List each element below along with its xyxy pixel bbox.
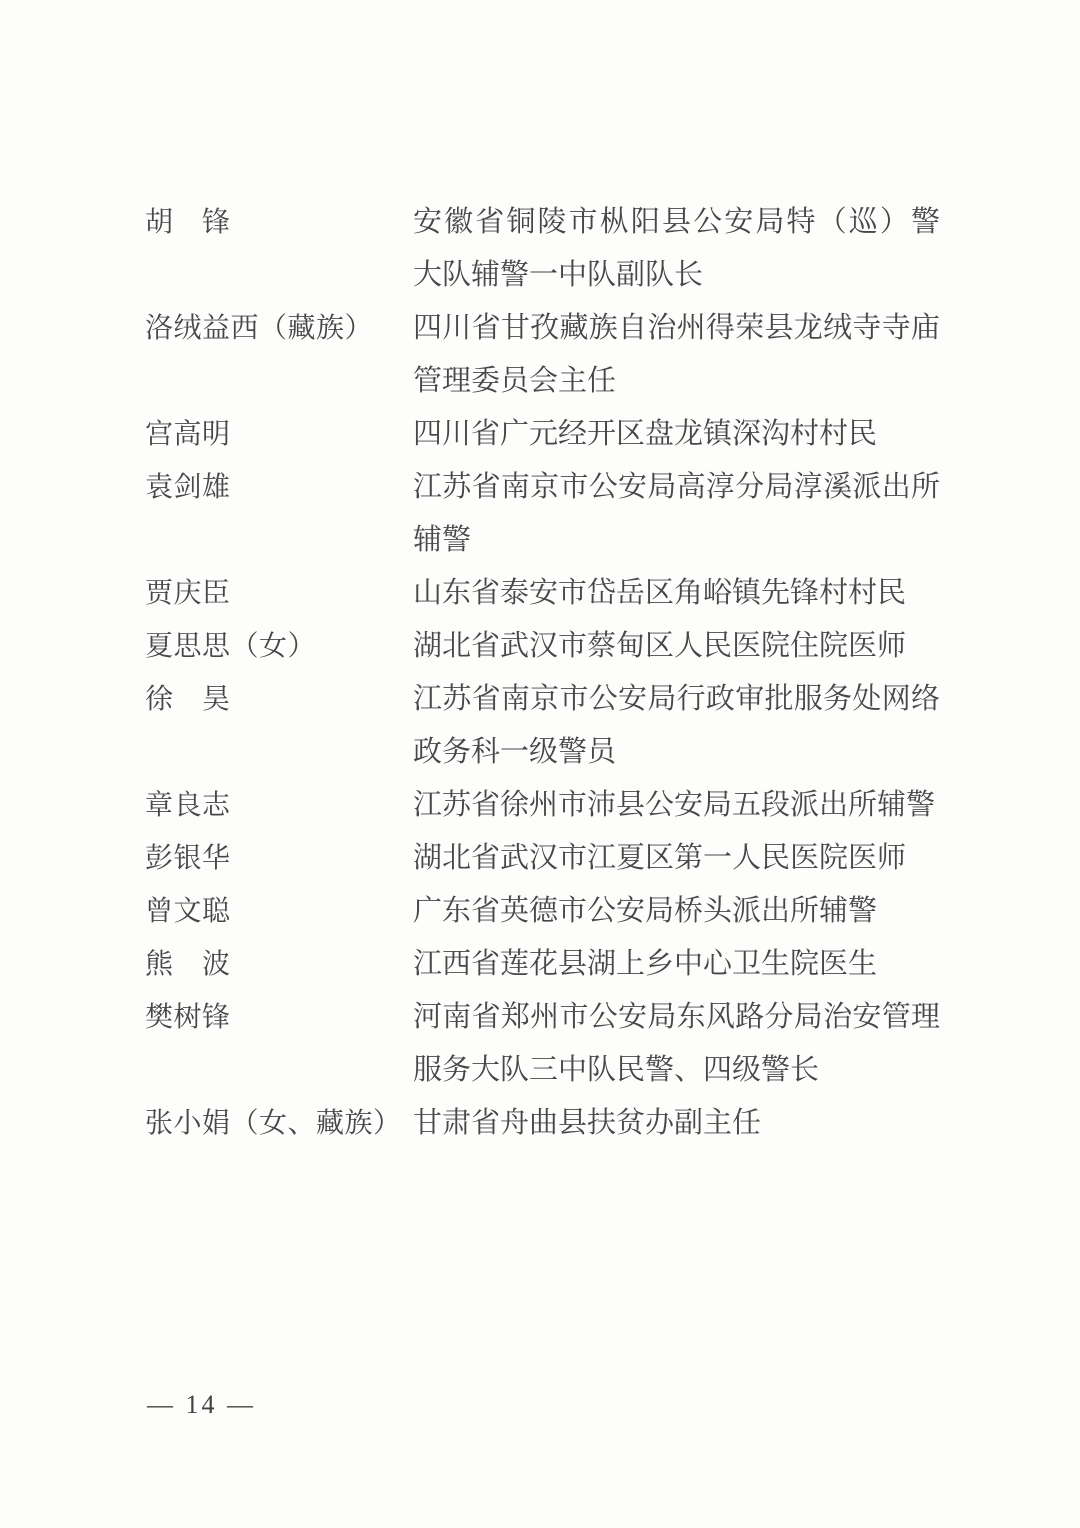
entry-title: 四川省甘孜藏族自治州得荣县龙绒寺寺庙 管理委员会主任 (413, 302, 940, 408)
roster-entry: 胡 锋 安徽省铜陵市枞阳县公安局特（巡）警 大队辅警一中队副队长 (145, 196, 940, 302)
roster-list: 胡 锋 安徽省铜陵市枞阳县公安局特（巡）警 大队辅警一中队副队长 洛绒益西（藏族… (145, 196, 940, 1150)
entry-title-line: 大队辅警一中队副队长 (413, 249, 940, 302)
entry-name: 曾文聪 (145, 885, 413, 938)
entry-name: 徐 昊 (145, 673, 413, 726)
roster-entry: 贾庆臣 山东省泰安市岱岳区角峪镇先锋村村民 (145, 567, 940, 620)
entry-title-line: 江苏省南京市公安局行政审批服务处网络 (413, 673, 940, 726)
entry-name: 章良志 (145, 779, 413, 832)
entry-name: 洛绒益西（藏族） (145, 302, 413, 355)
entry-name: 胡 锋 (145, 196, 413, 249)
document-page: 胡 锋 安徽省铜陵市枞阳县公安局特（巡）警 大队辅警一中队副队长 洛绒益西（藏族… (0, 0, 1080, 1528)
entry-title-line: 管理委员会主任 (413, 355, 940, 408)
entry-name: 贾庆臣 (145, 567, 413, 620)
roster-entry: 章良志 江苏省徐州市沛县公安局五段派出所辅警 (145, 779, 940, 832)
entry-title: 四川省广元经开区盘龙镇深沟村村民 (413, 408, 940, 461)
page-number: — 14 — (147, 1390, 256, 1419)
entry-title: 江苏省徐州市沛县公安局五段派出所辅警 (413, 779, 940, 832)
entry-title: 湖北省武汉市江夏区第一人民医院医师 (413, 832, 940, 885)
entry-title-line: 政务科一级警员 (413, 726, 940, 779)
roster-entry: 宫高明 四川省广元经开区盘龙镇深沟村村民 (145, 408, 940, 461)
roster-entry: 徐 昊 江苏省南京市公安局行政审批服务处网络 政务科一级警员 (145, 673, 940, 779)
entry-title: 广东省英德市公安局桥头派出所辅警 (413, 885, 940, 938)
entry-title-line: 江苏省徐州市沛县公安局五段派出所辅警 (413, 779, 940, 832)
entry-title: 湖北省武汉市蔡甸区人民医院住院医师 (413, 620, 940, 673)
entry-title-line: 湖北省武汉市蔡甸区人民医院住院医师 (413, 620, 940, 673)
entry-name: 张小娟（女、藏族） (145, 1097, 413, 1150)
roster-entry: 张小娟（女、藏族） 甘肃省舟曲县扶贫办副主任 (145, 1097, 940, 1150)
entry-title-line: 湖北省武汉市江夏区第一人民医院医师 (413, 832, 940, 885)
roster-entry: 曾文聪 广东省英德市公安局桥头派出所辅警 (145, 885, 940, 938)
roster-entry: 袁剑雄 江苏省南京市公安局高淳分局淳溪派出所 辅警 (145, 461, 940, 567)
entry-name: 袁剑雄 (145, 461, 413, 514)
entry-name: 彭银华 (145, 832, 413, 885)
entry-title-line: 辅警 (413, 514, 940, 567)
entry-title: 江西省莲花县湖上乡中心卫生院医生 (413, 938, 940, 991)
entry-name: 宫高明 (145, 408, 413, 461)
roster-entry: 彭银华 湖北省武汉市江夏区第一人民医院医师 (145, 832, 940, 885)
entry-title: 江苏省南京市公安局行政审批服务处网络 政务科一级警员 (413, 673, 940, 779)
entry-title-line: 四川省甘孜藏族自治州得荣县龙绒寺寺庙 (413, 302, 940, 355)
entry-title-line: 江西省莲花县湖上乡中心卫生院医生 (413, 938, 940, 991)
entry-title-line: 服务大队三中队民警、四级警长 (413, 1044, 940, 1097)
entry-title-line: 甘肃省舟曲县扶贫办副主任 (413, 1097, 940, 1150)
entry-title: 江苏省南京市公安局高淳分局淳溪派出所 辅警 (413, 461, 940, 567)
entry-title-line: 安徽省铜陵市枞阳县公安局特（巡）警 (413, 196, 940, 249)
entry-title: 山东省泰安市岱岳区角峪镇先锋村村民 (413, 567, 940, 620)
entry-name: 樊树锋 (145, 991, 413, 1044)
entry-title-line: 广东省英德市公安局桥头派出所辅警 (413, 885, 940, 938)
entry-title: 甘肃省舟曲县扶贫办副主任 (413, 1097, 940, 1150)
roster-entry: 樊树锋 河南省郑州市公安局东风路分局治安管理 服务大队三中队民警、四级警长 (145, 991, 940, 1097)
entry-title-line: 四川省广元经开区盘龙镇深沟村村民 (413, 408, 940, 461)
entry-title-line: 山东省泰安市岱岳区角峪镇先锋村村民 (413, 567, 940, 620)
entry-title-line: 河南省郑州市公安局东风路分局治安管理 (413, 991, 940, 1044)
page-footer: — 14 — (147, 1390, 256, 1420)
entry-title-line: 江苏省南京市公安局高淳分局淳溪派出所 (413, 461, 940, 514)
roster-entry: 洛绒益西（藏族） 四川省甘孜藏族自治州得荣县龙绒寺寺庙 管理委员会主任 (145, 302, 940, 408)
roster-entry: 夏思思（女） 湖北省武汉市蔡甸区人民医院住院医师 (145, 620, 940, 673)
entry-title: 河南省郑州市公安局东风路分局治安管理 服务大队三中队民警、四级警长 (413, 991, 940, 1097)
entry-name: 夏思思（女） (145, 620, 413, 673)
entry-title: 安徽省铜陵市枞阳县公安局特（巡）警 大队辅警一中队副队长 (413, 196, 940, 302)
roster-entry: 熊 波 江西省莲花县湖上乡中心卫生院医生 (145, 938, 940, 991)
entry-name: 熊 波 (145, 938, 413, 991)
